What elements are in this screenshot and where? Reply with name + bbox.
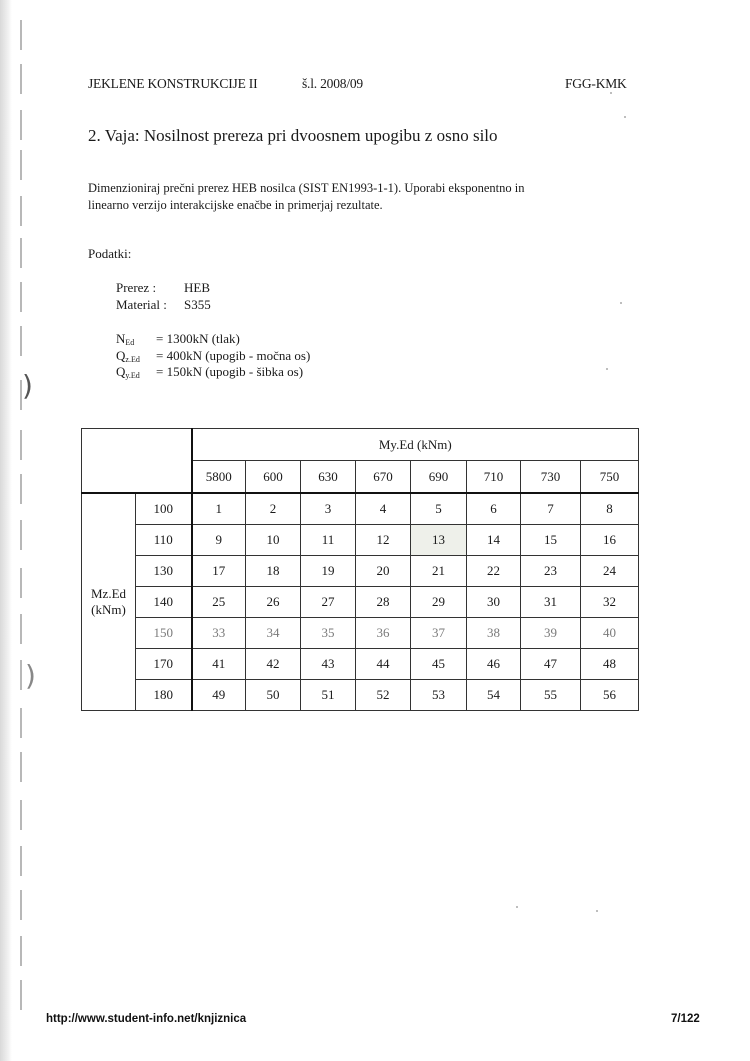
- mz-ed-header: Mz.Ed(kNm): [82, 493, 136, 711]
- assignment-number-cell: 43: [301, 649, 356, 680]
- assignment-number-cell: 26: [246, 587, 301, 618]
- load-value: = 150kN (upogib - šibka os): [156, 364, 303, 379]
- assignment-number-cell: 34: [246, 618, 301, 649]
- assignment-number-cell: 16: [581, 525, 639, 556]
- load-row: NEd= 1300kN (tlak): [116, 331, 240, 347]
- assignment-number-cell: 49: [192, 680, 246, 711]
- assignment-number-cell: 29: [411, 587, 467, 618]
- my-ed-column-header: 630: [301, 461, 356, 494]
- assignment-number-cell: 27: [301, 587, 356, 618]
- scan-speck: [606, 368, 608, 370]
- assignment-number-cell: 4: [356, 493, 411, 525]
- assignment-number-cell: 35: [301, 618, 356, 649]
- instructions-line-1: Dimenzioniraj prečni prerez HEB nosilca …: [88, 180, 628, 197]
- load-value: = 1300kN (tlak): [156, 331, 240, 346]
- my-ed-column-header: 730: [521, 461, 581, 494]
- binding-tick: [20, 520, 22, 550]
- table-row: 1503334353637383940: [82, 618, 639, 649]
- assignment-number-cell: 38: [467, 618, 521, 649]
- binding-tick: [20, 846, 22, 876]
- binding-tick: [20, 614, 22, 644]
- department: FGG-KMK: [565, 76, 627, 92]
- assignment-number-cell: 42: [246, 649, 301, 680]
- assignment-number-cell: 33: [192, 618, 246, 649]
- my-ed-column-header: 600: [246, 461, 301, 494]
- load-row: Qz.Ed= 400kN (upogib - močna os): [116, 348, 310, 364]
- assignment-number-cell: 44: [356, 649, 411, 680]
- assignment-number-cell: 5: [411, 493, 467, 525]
- assignment-number-cell: 56: [581, 680, 639, 711]
- binding-tick: [20, 568, 22, 598]
- binding-tick: [20, 936, 22, 966]
- mz-ed-row-label: 150: [136, 618, 192, 649]
- scan-speck: [624, 116, 626, 118]
- assignment-number-cell: 6: [467, 493, 521, 525]
- assignment-number-cell: 53: [411, 680, 467, 711]
- assignment-number-cell: 12: [356, 525, 411, 556]
- assignment-number-cell: 41: [192, 649, 246, 680]
- binding-tick: [20, 708, 22, 738]
- load-symbol: NEd: [116, 331, 156, 347]
- instructions-line-2: linearno verzijo interakcijske enačbe in…: [88, 197, 628, 214]
- load-symbol: Qy.Ed: [116, 364, 156, 380]
- assignment-number-cell: 23: [521, 556, 581, 587]
- binding-tick: [20, 110, 22, 140]
- table-row: 1704142434445464748: [82, 649, 639, 680]
- scan-speck: [610, 92, 612, 94]
- table-row: 1402526272829303132: [82, 587, 639, 618]
- load-value: = 400kN (upogib - močna os): [156, 348, 310, 363]
- assignment-number-cell: 22: [467, 556, 521, 587]
- data-label: Podatki:: [88, 246, 131, 262]
- assignment-number-cell: 30: [467, 587, 521, 618]
- section-value: HEB: [184, 280, 210, 295]
- assignment-number-cell: 52: [356, 680, 411, 711]
- assignment-number-cell: 46: [467, 649, 521, 680]
- section-label: Prerez :: [116, 280, 184, 296]
- assignment-number-cell: 32: [581, 587, 639, 618]
- assignment-number-cell: 13: [411, 525, 467, 556]
- instructions: Dimenzioniraj prečni prerez HEB nosilca …: [88, 180, 628, 214]
- table-corner: [82, 429, 192, 494]
- assignment-table: My.Ed (kNm) 5800600630670690710730750 Mz…: [81, 428, 639, 711]
- assignment-number-cell: 40: [581, 618, 639, 649]
- material-row: Material :S355: [116, 297, 211, 313]
- my-ed-column-header: 690: [411, 461, 467, 494]
- assignment-number-cell: 17: [192, 556, 246, 587]
- binding-tick: [20, 890, 22, 920]
- my-ed-column-header: 5800: [192, 461, 246, 494]
- section-row: Prerez :HEB: [116, 280, 210, 296]
- material-value: S355: [184, 297, 211, 312]
- table-row: 1804950515253545556: [82, 680, 639, 711]
- assignment-number-cell: 3: [301, 493, 356, 525]
- assignment-number-cell: 14: [467, 525, 521, 556]
- assignment-number-cell: 11: [301, 525, 356, 556]
- assignment-number-cell: 19: [301, 556, 356, 587]
- assignment-number-cell: 25: [192, 587, 246, 618]
- assignment-number-cell: 10: [246, 525, 301, 556]
- assignment-number-cell: 21: [411, 556, 467, 587]
- binding-tick: [20, 752, 22, 782]
- assignment-number-cell: 15: [521, 525, 581, 556]
- punch-hole-mark: ): [22, 372, 33, 400]
- assignment-number-cell: 50: [246, 680, 301, 711]
- assignment-number-cell: 45: [411, 649, 467, 680]
- assignment-number-cell: 20: [356, 556, 411, 587]
- my-ed-header: My.Ed (kNm): [192, 429, 639, 461]
- table-row: Mz.Ed(kNm)10012345678: [82, 493, 639, 525]
- load-row: Qy.Ed= 150kN (upogib - šibka os): [116, 364, 303, 380]
- mz-ed-row-label: 140: [136, 587, 192, 618]
- binding-tick: [20, 800, 22, 830]
- load-symbol: Qz.Ed: [116, 348, 156, 364]
- assignment-number-cell: 8: [581, 493, 639, 525]
- punch-hole-mark: ): [25, 662, 36, 690]
- scan-speck: [516, 906, 518, 908]
- scan-gutter: [0, 0, 12, 1061]
- binding-tick: [20, 980, 22, 1010]
- mz-ed-row-label: 110: [136, 525, 192, 556]
- assignment-number-cell: 18: [246, 556, 301, 587]
- school-year: š.l. 2008/09: [302, 76, 363, 92]
- mz-ed-label: Mz.Ed: [82, 586, 135, 602]
- mz-ed-row-label: 100: [136, 493, 192, 525]
- assignment-number-cell: 48: [581, 649, 639, 680]
- assignment-number-cell: 39: [521, 618, 581, 649]
- material-label: Material :: [116, 297, 184, 313]
- binding-tick: [20, 660, 22, 690]
- assignment-number-cell: 2: [246, 493, 301, 525]
- binding-tick: [20, 196, 22, 226]
- scan-speck: [620, 302, 622, 304]
- my-ed-column-header: 710: [467, 461, 521, 494]
- mz-ed-unit: (kNm): [82, 602, 135, 618]
- mz-ed-row-label: 130: [136, 556, 192, 587]
- source-url: http://www.student-info.net/knjiznica: [46, 1013, 246, 1025]
- binding-tick: [20, 64, 22, 94]
- assignment-number-cell: 24: [581, 556, 639, 587]
- assignment-number-cell: 36: [356, 618, 411, 649]
- my-ed-column-header: 670: [356, 461, 411, 494]
- assignment-number-cell: 7: [521, 493, 581, 525]
- mz-ed-row-label: 180: [136, 680, 192, 711]
- assignment-number-cell: 47: [521, 649, 581, 680]
- binding-tick: [20, 238, 22, 268]
- binding-tick: [20, 430, 22, 460]
- assignment-number-cell: 1: [192, 493, 246, 525]
- table-row: 110910111213141516: [82, 525, 639, 556]
- binding-tick: [20, 326, 22, 356]
- page-number: 7/122: [671, 1013, 700, 1025]
- assignment-number-cell: 55: [521, 680, 581, 711]
- binding-tick: [20, 150, 22, 180]
- assignment-number-cell: 28: [356, 587, 411, 618]
- binding-tick: [20, 474, 22, 504]
- mz-ed-row-label: 170: [136, 649, 192, 680]
- assignment-number-cell: 9: [192, 525, 246, 556]
- table-row: 1301718192021222324: [82, 556, 639, 587]
- binding-tick: [20, 282, 22, 312]
- assignment-number-cell: 54: [467, 680, 521, 711]
- exercise-title: 2. Vaja: Nosilnost prereza pri dvoosnem …: [88, 126, 498, 146]
- assignment-number-cell: 31: [521, 587, 581, 618]
- assignment-number-cell: 37: [411, 618, 467, 649]
- binding-tick: [20, 20, 22, 50]
- course-title: JEKLENE KONSTRUKCIJE II: [88, 76, 257, 92]
- scan-speck: [596, 910, 598, 912]
- my-ed-column-header: 750: [581, 461, 639, 494]
- assignment-number-cell: 51: [301, 680, 356, 711]
